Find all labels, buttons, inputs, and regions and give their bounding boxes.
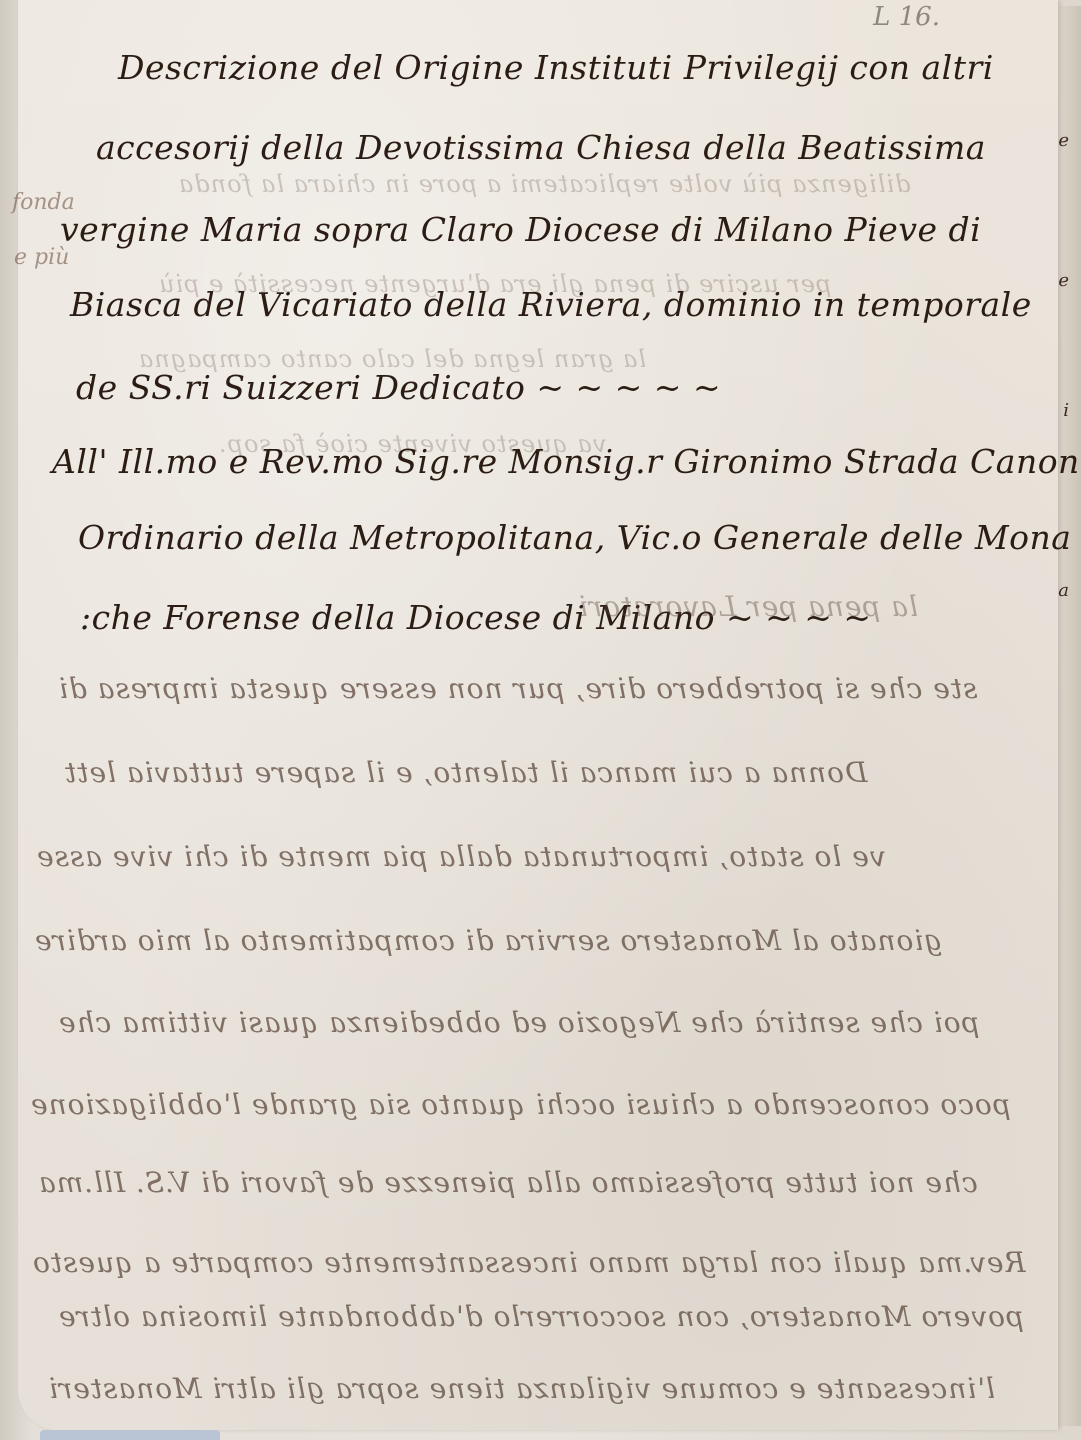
manuscript-line: Descrizione del Origine Instituti Privil… xyxy=(118,48,994,87)
bleed-through-line: ste che si potrebbero dire, pur non esse… xyxy=(58,672,977,705)
bleed-through-line: la pena per Lavoratori xyxy=(578,590,918,623)
manuscript-line: de SS.ri Suizzeri Dedicato ~ ~ ~ ~ ~ xyxy=(76,368,721,407)
bleed-through-line: poco conoscendo a chiusi occhi quanto si… xyxy=(30,1088,1011,1121)
edge-mark: e xyxy=(1058,130,1069,151)
folio-number: L 16. xyxy=(873,2,940,32)
bleed-through-line: l'incessante e comune vigilanza tiene so… xyxy=(48,1372,995,1405)
manuscript-line: vergine Maria sopra Claro Diocese di Mil… xyxy=(60,210,981,249)
bleed-through-line: che noi tutte professiamo alla pienezze … xyxy=(38,1166,978,1199)
manuscript-line: All' Ill.mo e Rev.mo Sig.re Monsig.r Gir… xyxy=(52,442,1081,481)
manuscript-line: accesorij della Devotissima Chiesa della… xyxy=(96,128,986,167)
edge-mark: a xyxy=(1058,580,1069,601)
manuscript-line: Ordinario della Metropolitana, Vic.o Gen… xyxy=(78,518,1071,557)
edge-mark: e xyxy=(1058,270,1069,291)
edge-mark: i xyxy=(1063,400,1069,421)
bleed-through-line: gionato al Monastero servira di compatim… xyxy=(34,924,942,957)
bleed-through-line: Rev.ma quali con larga mano incessanteme… xyxy=(32,1246,1026,1279)
bleed-through-line: poi che sentirà che Negozio ed obbedienz… xyxy=(58,1006,980,1039)
bleed-through-line: ve lo stato, importunata dalla pia mente… xyxy=(36,840,886,873)
manuscript-line: Biasca del Vicariato della Riviera, domi… xyxy=(70,285,1032,324)
bleed-through-faint-line: diligenza più volte replicatemi a pore i… xyxy=(178,170,911,198)
bleed-through-line: Donna a cui manca il talento, e il saper… xyxy=(64,756,867,789)
background-object xyxy=(40,1430,220,1440)
bleed-through-line: povero Monastero, con soccorrerlo d'abbo… xyxy=(58,1300,1024,1333)
manuscript-page: L 16. diligenza più volte replicatemi a … xyxy=(18,0,1058,1430)
